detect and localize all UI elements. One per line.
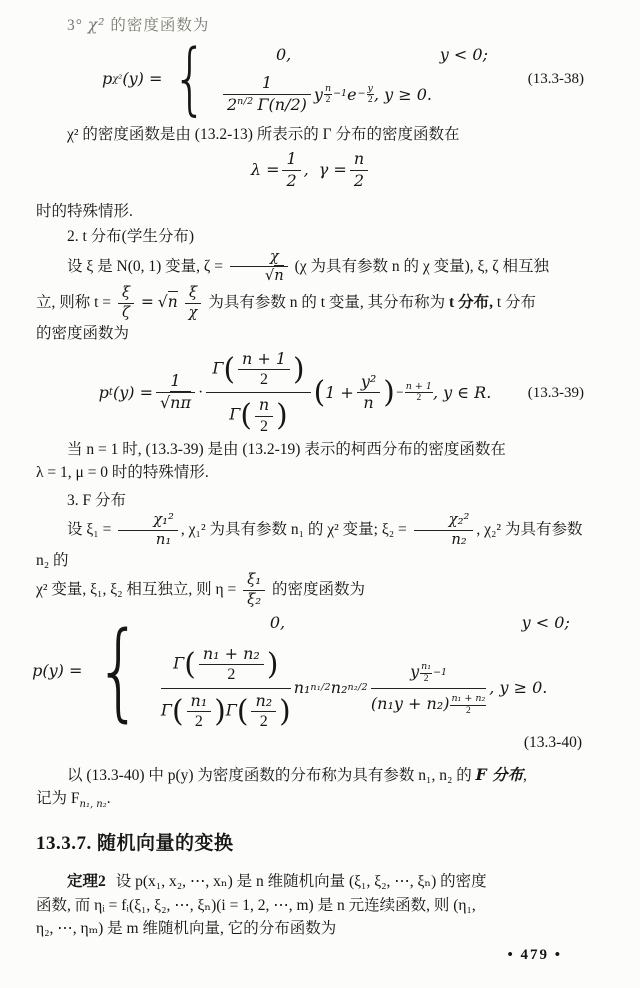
case-row-negative: 0, y < 0;: [158, 611, 570, 635]
text-run: 设 p(x₁, x₂, ⋯, xₙ) 是 n 维随机向量 (ξ₁, ξ₂, ⋯,…: [116, 873, 487, 890]
n1-term: n₁: [294, 676, 311, 700]
case-condition-negative: y < 0;: [522, 611, 570, 635]
numerator: n₂: [251, 692, 276, 712]
denominator: 2: [251, 712, 276, 731]
numerator: n: [255, 396, 273, 416]
exponent-fraction: n₁ + n₂2: [450, 694, 486, 716]
denominator: χ: [185, 304, 202, 322]
domain-condition: , y ∈ R.: [433, 381, 491, 405]
y-ratio-fraction: yn₁2−1 (n₁y + n₂)n₁ + n₂2: [371, 660, 486, 717]
close-paren: ): [276, 398, 288, 432]
paragraph-f-line2: χ² 变量, ξ₁, ξ₂ 相互独立, 则 η = ξ₁ξ₂ 的密度函数为: [36, 572, 586, 609]
comma: ,: [304, 158, 309, 182]
numerator: y: [367, 84, 374, 95]
n2-term: n₂: [331, 676, 348, 700]
open-paren: (: [240, 398, 252, 432]
numerator: n₁: [420, 662, 432, 673]
case-value-zero: 0,: [276, 43, 291, 67]
fraction: n2: [350, 150, 368, 190]
denominator-base: (n₁y + n₂): [371, 694, 450, 713]
paragraph-theorem2-line1: 定理2设 p(x₁, x₂, ⋯, xₙ) 是 n 维随机向量 (ξ₁, ξ₂,…: [36, 870, 586, 893]
paragraph-f-naming-line1: 以 (13.3-40) 中 p(y) 为密度函数的分布称为具有参数 n₁, n₂…: [36, 763, 586, 787]
denominator: ξ₂: [243, 591, 265, 609]
denominator: 2n/2 Γ(n/2): [223, 95, 311, 115]
text-run: χ² 变量, ξ₁, ξ₂ 相互独立, 则 η =: [36, 581, 236, 598]
scanned-textbook-page: 3° χ² 的密度函数为 pχ² (y) = { 0, y < 0; 1: [0, 0, 640, 988]
equation-parameters: λ = 12 , γ = n2: [36, 150, 586, 190]
case-condition-nonnegative: , y ≥ 0.: [374, 83, 432, 107]
radicand: n: [168, 291, 178, 311]
open-paren: (: [184, 647, 196, 681]
minus-sign: −: [358, 89, 366, 99]
fraction: 1 2n/2 Γ(n/2): [223, 74, 311, 115]
numerator: yn₁2−1: [371, 660, 486, 689]
variable-y: y: [410, 662, 419, 681]
gamma-symbol: Γ: [212, 358, 223, 377]
equation-f-density: p(y) = { 0, y < 0; Γ(n₁ + n₂2) Γ(n₁2)Γ(n…: [36, 611, 586, 732]
numerator: 1: [282, 150, 300, 170]
text-run: 设 ξ 是 N(0, 1) 变量, ζ =: [67, 258, 223, 275]
text-run: t 分布: [497, 294, 536, 311]
lambda-equals: λ =: [251, 158, 280, 182]
exponent-tail: −1: [333, 89, 347, 99]
exponent-fraction: y2: [367, 84, 374, 106]
denominator: n₁: [118, 531, 178, 549]
faded-print-run: 3° χ² 的密度函数为: [67, 17, 209, 34]
gamma-function: Γ(n/2): [257, 95, 306, 114]
exponent: n₁ + n₂2: [450, 694, 486, 716]
exponent: n2−1: [324, 84, 347, 106]
denominator: Γ(n2): [206, 393, 310, 436]
denominator: n: [357, 393, 380, 412]
denominator: √n: [230, 267, 288, 285]
denominator: 2: [367, 95, 374, 105]
denominator: (n₁y + n₂)n₁ + n₂2: [371, 689, 486, 717]
numerator: 1: [156, 372, 195, 392]
gamma-symbol: Γ: [229, 405, 240, 424]
close-paren: ): [214, 694, 226, 728]
exponent: n₁2−1: [420, 662, 447, 684]
gamma-equals: γ =: [319, 158, 347, 182]
denominator: 2: [324, 95, 332, 105]
gamma-symbol: Γ: [173, 653, 184, 672]
fraction: y²n: [357, 373, 380, 413]
equation-chi-square-density: pχ² (y) = { 0, y < 0; 1 2n/2 Γ(n/2) yn2−…: [36, 43, 586, 115]
radical-sign: √: [265, 267, 274, 284]
case-row-nonnegative: Γ(n₁ + n₂2) Γ(n₁2)Γ(n₂2) n₁n₁/2n₂n₂/2 yn…: [158, 645, 570, 732]
intro-text: 的密度函数为: [110, 17, 209, 34]
equation-body: pt (y) = 1√nπ · Γ(n + 12) Γ(n2) (1 +y²n)…: [99, 350, 492, 437]
denominator: Γ(n₁2)Γ(n₂2): [161, 689, 291, 732]
numerator: n: [324, 84, 332, 95]
exponent: −y2: [358, 84, 374, 106]
radicand: n: [274, 265, 283, 284]
section-heading-t-distribution: 2. t 分布(学生分布): [36, 225, 586, 248]
gamma-ratio-fraction: Γ(n + 12) Γ(n2): [206, 350, 310, 437]
equation-number: (13.3-39): [528, 382, 584, 405]
denominator: 2: [450, 706, 486, 716]
radical-sign: √: [160, 393, 170, 412]
numerator: n: [350, 150, 368, 170]
close-paren: ): [267, 647, 279, 681]
section-heading-f-distribution: 3. F 分布: [36, 489, 586, 512]
numerator: n + 1: [405, 382, 433, 393]
lhs-argument: (y) =: [113, 381, 153, 405]
exponent-fraction: n₁2: [420, 662, 432, 684]
open-paren: (: [237, 694, 249, 728]
paragraph-theorem2-line3: η₂, ⋯, ηₘ) 是 m 维随机向量, 它的分布函数为: [36, 917, 586, 940]
denominator: 2: [199, 665, 264, 684]
exponent-fraction: n2: [324, 84, 332, 106]
gamma-ratio-fraction: Γ(n₁ + n₂2) Γ(n₁2)Γ(n₂2): [161, 645, 291, 732]
exponent-n-over-2: n/2: [237, 95, 253, 106]
fraction: χ₁²n₁: [118, 512, 178, 549]
item-marker: 3°: [67, 17, 83, 34]
paragraph-t-line2: 立, 则称 t = ξζ = √n ξχ 为具有参数 n 的 t 变量, 其分布…: [36, 285, 586, 322]
radical-sign: √: [158, 293, 168, 311]
density-symbol: p: [102, 67, 112, 91]
fraction: 12: [282, 150, 300, 190]
equation-t-density: pt (y) = 1√nπ · Γ(n + 12) Γ(n2) (1 +y²n)…: [36, 350, 586, 437]
page-number: • 479 •: [507, 947, 562, 964]
gamma-symbol: Γ: [161, 700, 172, 719]
denominator: 2: [187, 712, 212, 731]
equation-number: (13.3-40): [524, 734, 582, 751]
numerator: ξ₁: [243, 572, 265, 591]
theorem-label: 定理2: [67, 873, 106, 890]
minus-sign: −: [396, 388, 404, 398]
paragraph-special-case: 时的特殊情形.: [36, 200, 586, 223]
piecewise-cases: 0, y < 0; Γ(n₁ + n₂2) Γ(n₁2)Γ(n₂2) n₁n₁/…: [158, 611, 570, 732]
density-symbol: p: [99, 381, 109, 405]
page-content: 3° χ² 的密度函数为 pχ² (y) = { 0, y < 0; 1: [0, 0, 640, 940]
numerator: ξ: [118, 285, 134, 304]
fraction: ξζ: [118, 285, 134, 322]
fraction: n₁2: [187, 692, 212, 732]
section-heading-13-3-7: 13.3.7. 随机向量的变换: [36, 830, 586, 859]
fraction: n + 12: [238, 350, 290, 390]
denominator: √nπ: [156, 393, 195, 413]
text-run: 立, 则称 t =: [36, 294, 111, 311]
denominator: ζ: [118, 304, 134, 322]
chi-square-symbol: χ²: [88, 16, 106, 34]
equals-sign: =: [141, 293, 154, 311]
open-paren: (: [172, 694, 184, 728]
close-paren: ): [293, 352, 305, 386]
denominator: 2: [238, 370, 290, 389]
text-run: 的密度函数为: [272, 581, 365, 598]
paragraph-gamma-relation: χ² 的密度函数是由 (13.2-13) 所表示的 Γ 分布的密度函数在: [36, 123, 586, 146]
fraction: n2: [255, 396, 273, 436]
paragraph-t-line3: 的密度函数为: [36, 322, 586, 345]
open-paren: (: [223, 352, 235, 386]
numerator: y²: [357, 373, 380, 393]
fraction: 1√nπ: [156, 372, 195, 413]
numerator: n₁ + n₂: [199, 645, 264, 665]
text-run: (χ 为具有参数 n 的 χ 变量), ξ, ζ 相互独: [295, 258, 549, 275]
denominator: 2: [420, 674, 432, 684]
equation-number: (13.3-38): [528, 68, 584, 91]
denominator: 2: [282, 171, 300, 190]
denominator: 2: [405, 393, 433, 403]
euler-e: e: [347, 83, 356, 107]
lhs-argument: (y) =: [122, 67, 162, 91]
case-row-nonnegative: 1 2n/2 Γ(n/2) yn2−1 e−y2 , y ≥ 0.: [220, 74, 488, 115]
radicand: nπ: [170, 391, 191, 412]
text-run: .: [107, 790, 111, 807]
numerator: n₁: [187, 692, 212, 712]
close-paren: ): [279, 694, 291, 728]
exponent-fraction: n + 12: [405, 382, 433, 404]
paragraph-f-line1: 设 ξ₁ = χ₁²n₁, χ₁² 为具有参数 n₁ 的 χ² 变量; ξ₂ =…: [36, 512, 586, 572]
case-value-zero: 0,: [270, 611, 285, 635]
equation-body: λ = 12 , γ = n2: [251, 150, 371, 190]
denominator: n₂: [414, 531, 474, 549]
variable-y: y: [314, 83, 323, 107]
open-paren: (: [314, 378, 326, 408]
f-subscript: n₁, n₂: [80, 799, 107, 810]
bold-term-f-distribution: F 分布: [476, 765, 523, 784]
numerator: n₁ + n₂: [450, 694, 486, 705]
cases-brace: {: [173, 46, 208, 112]
text-run: 设 ξ₁ =: [67, 521, 111, 538]
text-run: 以 (13.3-40) 中 p(y) 为密度函数的分布称为具有参数 n₁, n₂…: [67, 767, 472, 784]
close-paren: ): [383, 378, 395, 408]
equation-number-line: (13.3-40): [36, 731, 586, 754]
case-row-negative: 0, y < 0;: [220, 43, 488, 67]
denominator: 2: [350, 171, 368, 190]
numerator: ξ: [185, 285, 202, 304]
piecewise-cases: 0, y < 0; 1 2n/2 Γ(n/2) yn2−1 e−y2 , y ≥…: [220, 43, 488, 115]
intro-line: 3° χ² 的密度函数为: [36, 14, 586, 37]
numerator: 1: [223, 74, 311, 94]
text-run: 记为 F: [36, 790, 80, 807]
numerator: χ₂²: [414, 512, 474, 531]
fraction: n₂2: [251, 692, 276, 732]
fraction: χ₂²n₂: [414, 512, 474, 549]
numerator: Γ(n₁ + n₂2): [161, 645, 291, 689]
exponent: −n + 12: [396, 382, 433, 404]
gamma-symbol: Γ: [226, 700, 237, 719]
denominator: 2: [255, 417, 273, 436]
fraction: ξχ: [185, 285, 202, 322]
fraction: n₁ + n₂2: [199, 645, 264, 685]
exponent-tail: −1: [433, 668, 447, 678]
case-condition-nonnegative: , y ≥ 0.: [489, 676, 547, 700]
numerator: Γ(n + 12): [206, 350, 310, 394]
numerator: n + 1: [238, 350, 290, 370]
text-run: , χ₁² 为具有参数 n₁ 的 χ² 变量; ξ₂ =: [181, 521, 407, 538]
text-run: ,: [523, 767, 527, 784]
multiplication-dot: ·: [198, 381, 203, 405]
cases-brace: {: [96, 626, 143, 716]
n2-exponent: n₂/2: [348, 683, 368, 693]
paragraph-theorem2-line2: 函数, 而 ηᵢ = fᵢ(ξ₁, ξ₂, ⋯, ξₙ)(i = 1, 2, ⋯…: [36, 894, 586, 917]
fraction: χ√n: [230, 249, 288, 286]
numerator: χ₁²: [118, 512, 178, 531]
paragraph-f-naming-line2: 记为 Fn₁, n₂.: [36, 787, 586, 812]
n1-exponent: n₁/2: [310, 683, 330, 693]
paragraph-cauchy-line2: λ = 1, μ = 0 时的特殊情形.: [36, 461, 586, 484]
fraction: ξ₁ξ₂: [243, 572, 265, 609]
lhs: p(y) =: [32, 659, 82, 683]
case-condition-negative: y < 0;: [440, 43, 488, 67]
base-two: 2: [227, 95, 237, 114]
paragraph-t-line1: 设 ξ 是 N(0, 1) 变量, ζ = χ√n (χ 为具有参数 n 的 χ…: [36, 249, 586, 286]
equation-body: p(y) = { 0, y < 0; Γ(n₁ + n₂2) Γ(n₁2)Γ(n…: [32, 611, 570, 732]
density-subscript: χ²: [112, 72, 122, 87]
equation-body: pχ² (y) = { 0, y < 0; 1 2n/2 Γ(n/2) yn2−…: [102, 43, 488, 115]
paragraph-cauchy-line1: 当 n = 1 时, (13.3-39) 是由 (13.2-19) 表示的柯西分…: [36, 438, 586, 461]
text-run: 为具有参数 n 的 t 变量, 其分布称为: [208, 294, 445, 311]
one-plus: 1 +: [325, 381, 354, 405]
bold-term-t-distribution: t 分布,: [449, 294, 493, 311]
